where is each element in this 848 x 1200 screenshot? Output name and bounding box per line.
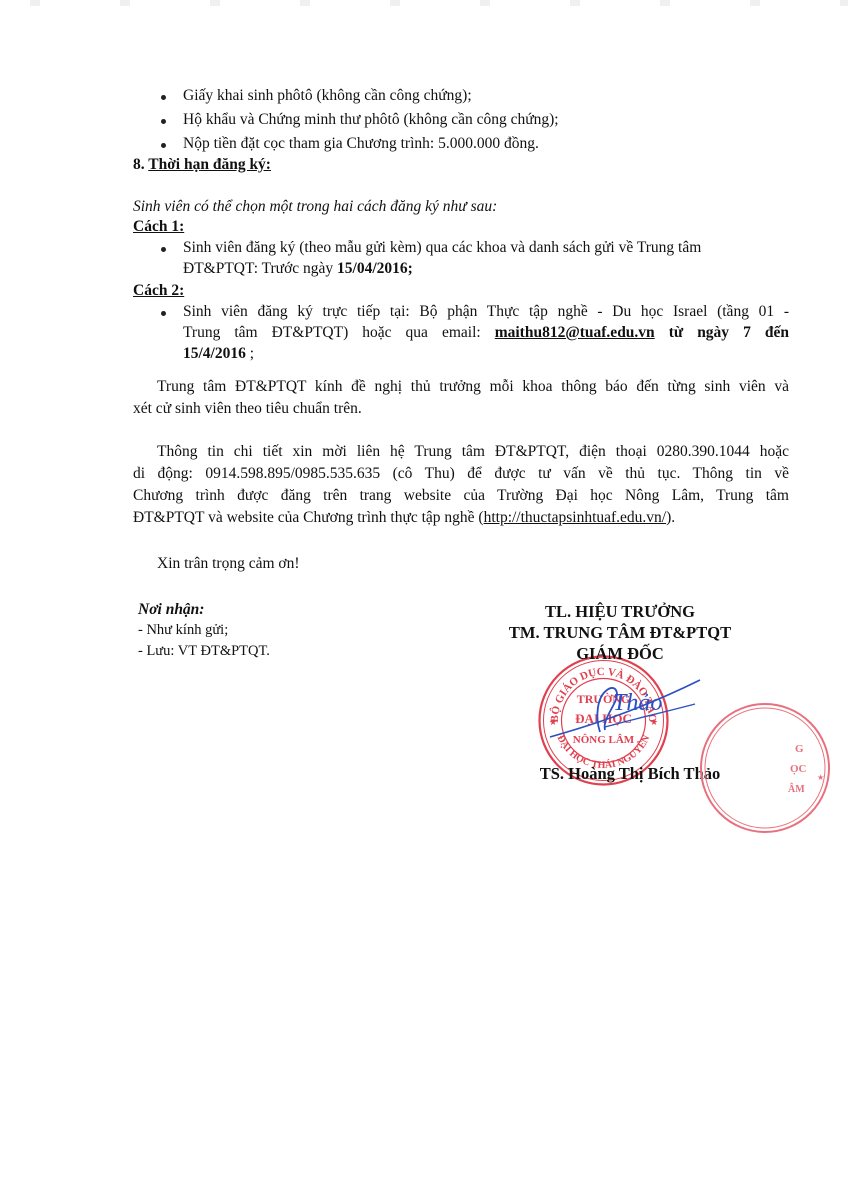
method-1-deadline: 15/04/2016;	[337, 260, 413, 277]
method-2-text-line3: 15/4/2016 ;	[183, 343, 254, 364]
required-doc-item: Hộ khẩu và Chứng minh thư phôtô (không c…	[183, 109, 559, 130]
document-page: Giấy khai sinh phôtô (không cần công chứ…	[0, 0, 848, 1200]
paragraph-1-line1: Trung tâm ĐT&PTQT kính đề nghị thủ trưởn…	[157, 376, 789, 397]
paragraph-2-line4: ĐT&PTQT và website của Chương trình thực…	[133, 507, 675, 528]
signature-title-line3: GIÁM ĐỐC	[470, 643, 770, 664]
section-title: Thời hạn đăng ký:	[148, 156, 271, 173]
bullet-icon	[161, 95, 166, 100]
bullet-icon	[161, 143, 166, 148]
method-2-text-line1: Sinh viên đăng ký trực tiếp tại: Bộ phận…	[183, 301, 789, 322]
handwritten-signature-icon: Thảo	[545, 672, 705, 752]
registration-intro: Sinh viên có thể chọn một trong hai cách…	[133, 196, 497, 217]
signature-title-line1: TL. HIỆU TRƯỞNG	[470, 601, 770, 622]
section-8-heading: 8. Thời hạn đăng ký:	[133, 154, 271, 175]
paragraph-2-line2: di động: 0914.598.895/0985.535.635 (cô T…	[133, 463, 789, 484]
method-2-text-line2: Trung tâm ĐT&PTQT) hoặc qua email: maith…	[183, 322, 789, 343]
bullet-icon	[161, 247, 166, 252]
svg-text:ÂM: ÂM	[788, 783, 805, 795]
email-link[interactable]: maithu812@tuaf.edu.vn	[495, 324, 655, 341]
method-2-date-range: từ ngày 7 đến	[655, 324, 789, 341]
partial-stamp-icon: G ỌC ÂM ★	[700, 700, 848, 840]
method-1-text-line1: Sinh viên đăng ký (theo mẫu gửi kèm) qua…	[183, 237, 701, 258]
method-2-end-punct: ;	[246, 345, 254, 362]
recipient-item: - Như kính gửi;	[138, 620, 228, 641]
website-link[interactable]: http://thuctapsinhtuaf.edu.vn/	[484, 509, 667, 526]
paragraph-1-line2: xét cử sinh viên theo tiêu chuẩn trên.	[133, 398, 362, 419]
svg-text:★: ★	[817, 773, 824, 782]
method-1-text-line2: ĐT&PTQT: Trước ngày 15/04/2016;	[183, 258, 413, 279]
method-1-prefix: ĐT&PTQT: Trước ngày	[183, 260, 337, 277]
paragraph-2-line3: Chương trình được đăng trên trang websit…	[133, 485, 789, 506]
section-number: 8.	[133, 156, 145, 173]
signature-title-line2: TM. TRUNG TÂM ĐT&PTQT	[470, 622, 770, 643]
paragraph-2-line1: Thông tin chi tiết xin mời liên hệ Trung…	[157, 441, 789, 462]
svg-text:ỌC: ỌC	[790, 763, 807, 775]
required-doc-item: Giấy khai sinh phôtô (không cần công chứ…	[183, 85, 472, 106]
paragraph-2-suffix: ).	[666, 509, 675, 526]
bullet-icon	[161, 311, 166, 316]
paragraph-2-prefix: ĐT&PTQT và website của Chương trình thực…	[133, 509, 484, 526]
svg-text:G: G	[795, 743, 804, 755]
required-doc-item: Nộp tiền đặt cọc tham gia Chương trình: …	[183, 133, 539, 154]
signature-handwriting: Thảo	[613, 690, 662, 716]
method-2-prefix: Trung tâm ĐT&PTQT) hoặc qua email:	[183, 324, 495, 341]
recipients-title: Nơi nhận:	[138, 599, 204, 620]
method-1-label: Cách 1:	[133, 216, 184, 237]
method-2-label: Cách 2:	[133, 280, 184, 301]
closing-line: Xin trân trọng cảm ơn!	[157, 553, 300, 574]
bullet-icon	[161, 119, 166, 124]
scan-artifact-top	[0, 0, 848, 6]
recipient-item: - Lưu: VT ĐT&PTQT.	[138, 641, 270, 662]
method-2-end-date: 15/4/2016	[183, 345, 246, 362]
